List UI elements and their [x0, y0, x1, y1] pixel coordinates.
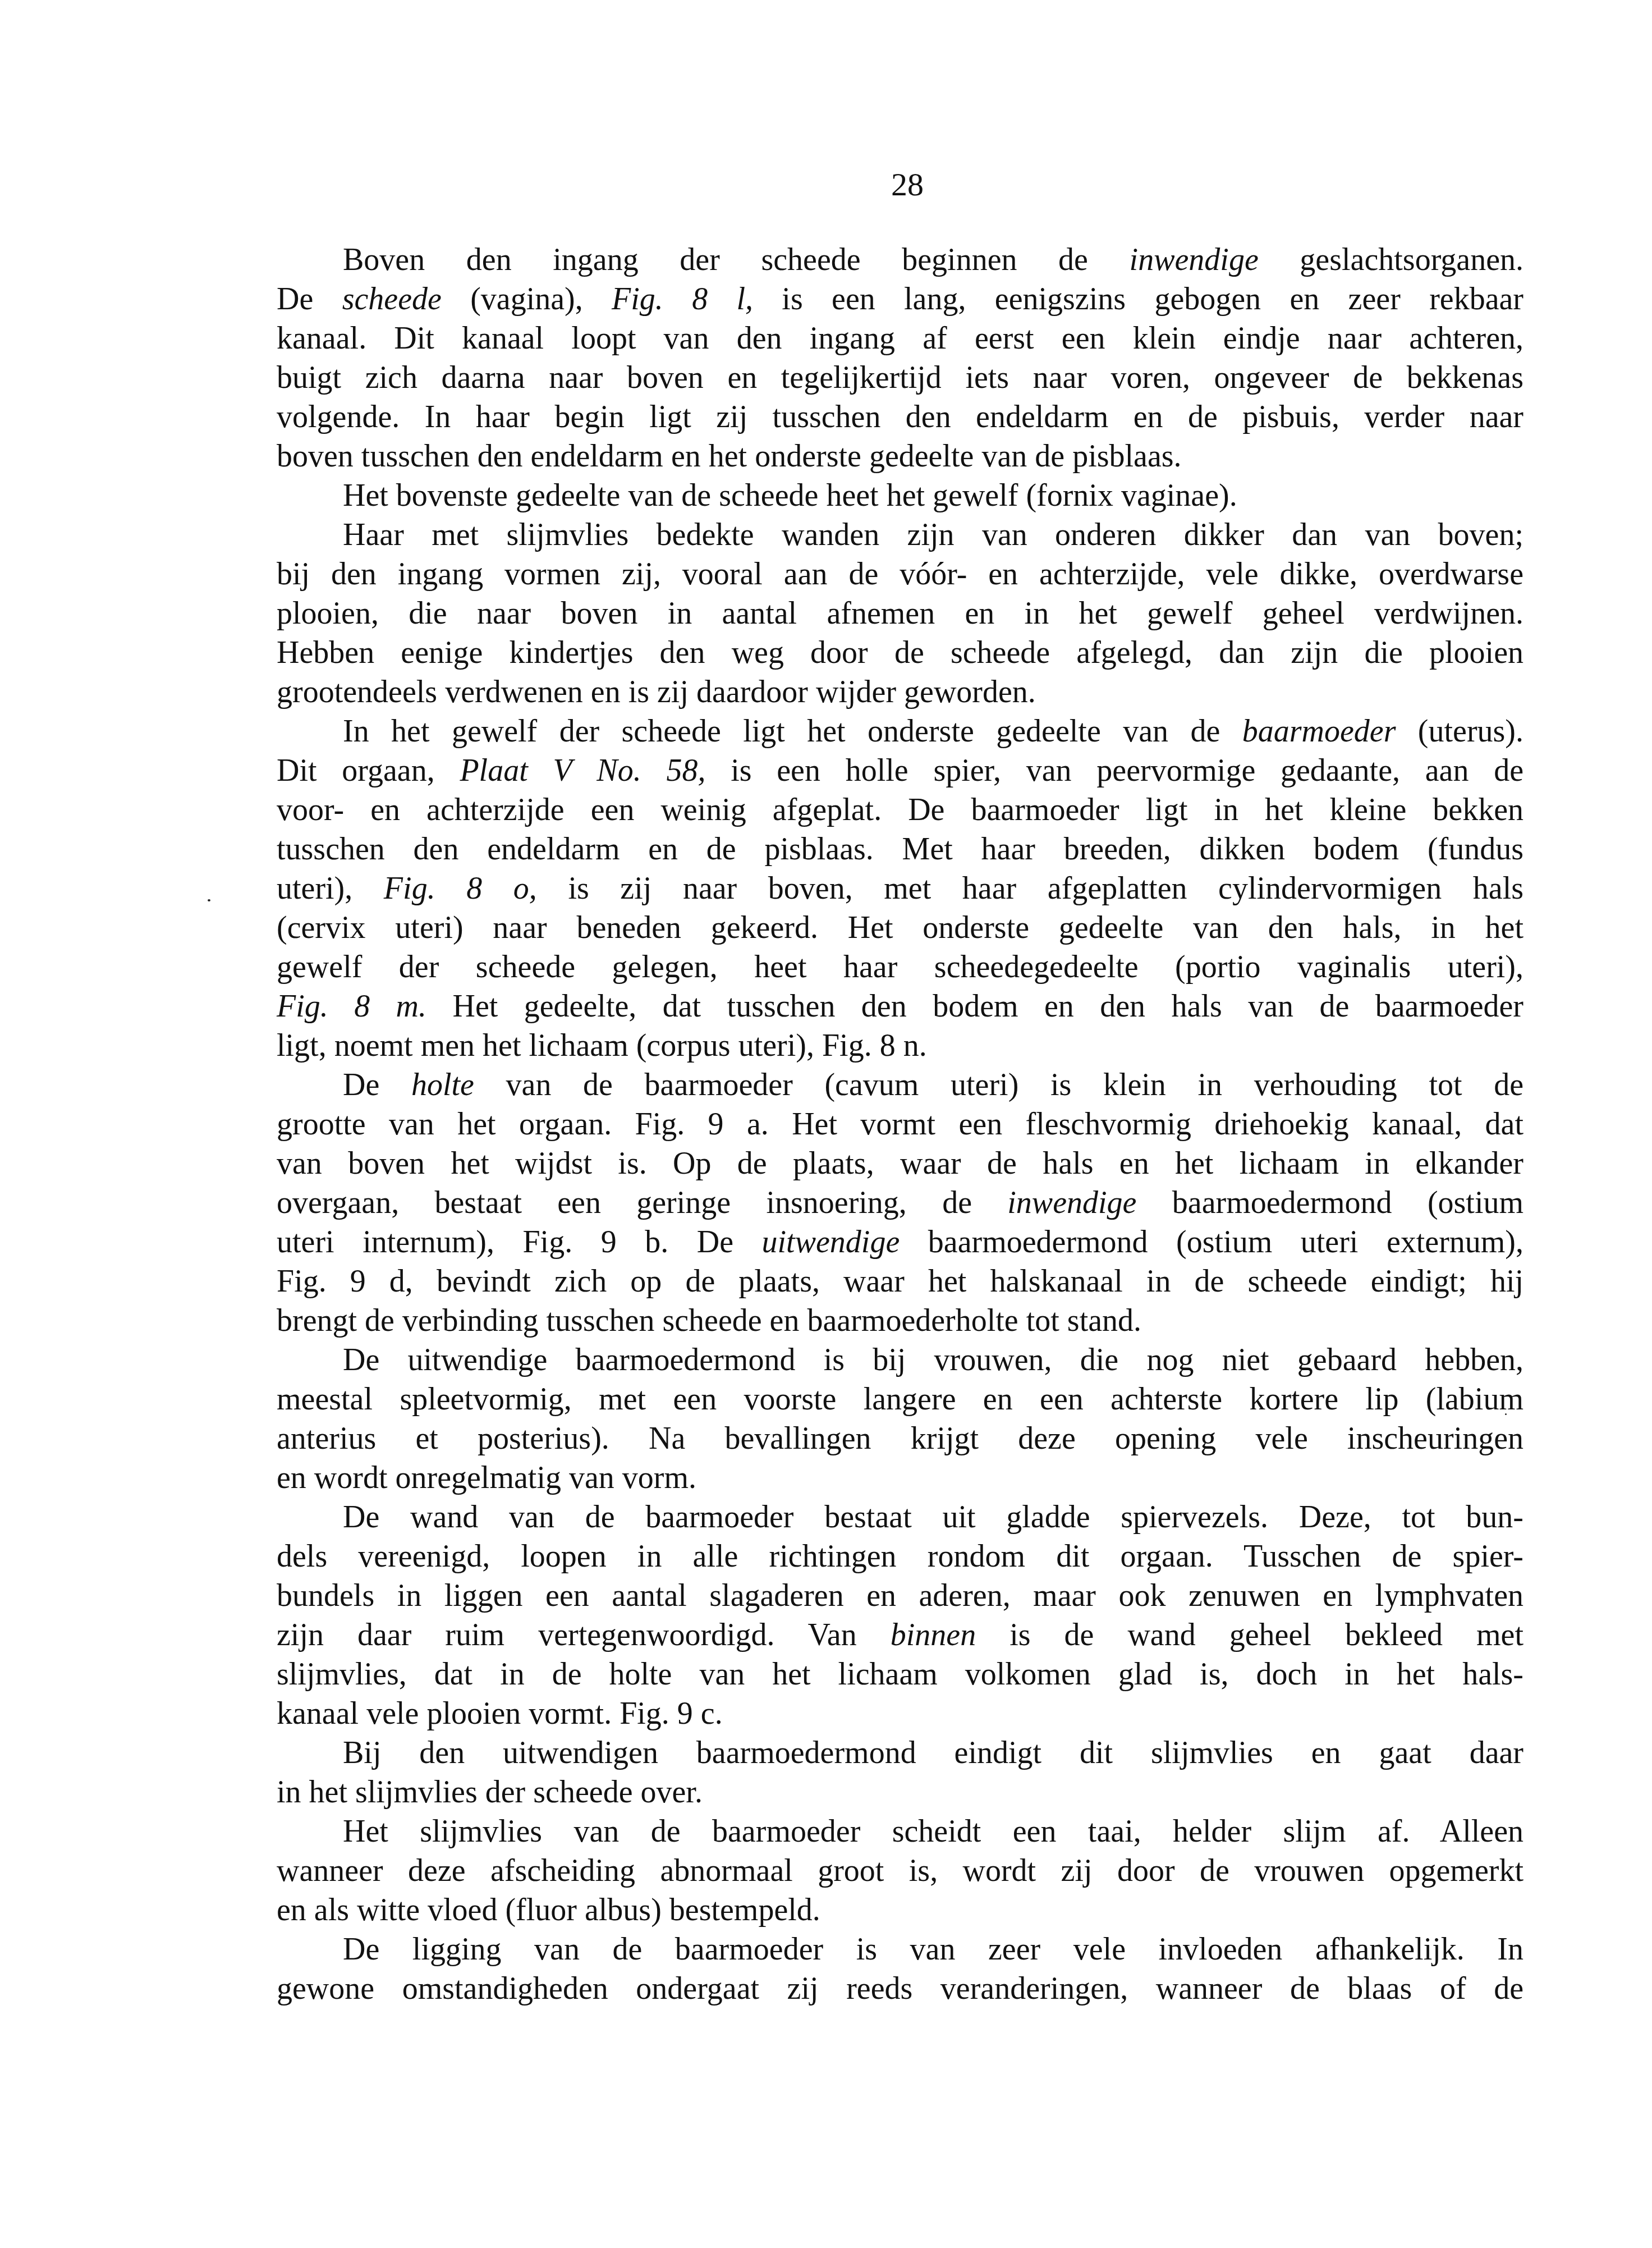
text-run: In het gewelf der scheede ligt het onder… — [343, 714, 1242, 749]
italic-term: Fig. 8 l, — [612, 282, 753, 317]
text-run: De wand van de baarmoeder bestaat uit gl… — [343, 1500, 1523, 1535]
text-line: van boven het wijdst is. Op de plaats, w… — [277, 1144, 1523, 1183]
text-run: (cervix uteri) naar beneden gekeerd. Het… — [277, 910, 1523, 945]
text-line: kanaal. Dit kanaal loopt van den ingang … — [277, 319, 1523, 358]
text-line: In het gewelf der scheede ligt het onder… — [277, 712, 1523, 751]
text-line: grootendeels verdwenen en is zij daardoo… — [277, 672, 1523, 712]
text-run: boven tusschen den endeldarm en het onde… — [277, 439, 1182, 474]
text-run: bundels in liggen een aantal slagaderen … — [277, 1578, 1523, 1613]
text-run: De — [343, 1068, 411, 1102]
text-run: tusschen den endeldarm en de pisblaas. M… — [277, 832, 1523, 867]
text-run: Hebben eenige kindertjes den weg door de… — [277, 635, 1523, 670]
text-line: meestal spleetvormig, met een voorste la… — [277, 1380, 1523, 1419]
paragraph: De holte van de baarmoeder (cavum uteri)… — [277, 1065, 1523, 1340]
text-line: (cervix uteri) naar beneden gekeerd. Het… — [277, 908, 1523, 947]
text-run: is zij naar boven, met haar afgeplatten … — [537, 871, 1523, 906]
text-line: bundels in liggen een aantal slagaderen … — [277, 1576, 1523, 1615]
text-line: slijmvlies, dat in de holte van het lich… — [277, 1655, 1523, 1694]
scan-speck — [208, 899, 210, 901]
paragraph: De uitwendige baarmoedermond is bij vrou… — [277, 1340, 1523, 1498]
text-line: bij den ingang vormen zij, vooral aan de… — [277, 555, 1523, 594]
text-run: uteri), — [277, 871, 384, 906]
text-run: Bij den uitwendigen baarmoedermond eindi… — [343, 1736, 1523, 1770]
text-line: Bij den uitwendigen baarmoedermond eindi… — [277, 1733, 1523, 1773]
text-run: anterius et posterius). Na bevallingen k… — [277, 1421, 1523, 1456]
paragraph: Bij den uitwendigen baarmoedermond eindi… — [277, 1733, 1523, 1812]
paragraph: De ligging van de baarmoeder is van zeer… — [277, 1930, 1523, 2008]
text-run: is een lang, eenigszins gebogen en zeer … — [753, 282, 1523, 317]
text-run: grootte van het orgaan. Fig. 9 a. Het vo… — [277, 1107, 1523, 1142]
text-run: geslachtsorganen. — [1259, 242, 1523, 277]
text-run: gewelf der scheede gelegen, heet haar sc… — [277, 950, 1523, 985]
text-line: Boven den ingang der scheede beginnen de… — [277, 240, 1523, 280]
text-line: gewone omstandigheden ondergaat zij reed… — [277, 1969, 1523, 2008]
text-line: plooien, die naar boven in aantal afneme… — [277, 594, 1523, 633]
paragraph: Het bovenste gedeelte van de scheede hee… — [277, 476, 1523, 515]
text-run: gewone omstandigheden ondergaat zij reed… — [277, 1971, 1523, 2006]
text-run: en als witte vloed (fluor albus) bestemp… — [277, 1893, 820, 1927]
text-run: baarmoedermond (ostium — [1136, 1185, 1523, 1220]
italic-term: inwendige — [1130, 242, 1259, 277]
text-run: kanaal vele plooien vormt. Fig. 9 c. — [277, 1696, 723, 1731]
text-line: Het bovenste gedeelte van de scheede hee… — [277, 476, 1523, 515]
paragraph: In het gewelf der scheede ligt het onder… — [277, 712, 1523, 1065]
text-line: boven tusschen den endeldarm en het onde… — [277, 437, 1523, 476]
text-run: Haar met slijmvlies bedekte wanden zijn … — [343, 518, 1523, 552]
text-line: uteri internum), Fig. 9 b. De uitwendige… — [277, 1223, 1523, 1262]
text-line: Dit orgaan, Plaat V No. 58, is een holle… — [277, 751, 1523, 790]
text-line: brengt de verbinding tusschen scheede en… — [277, 1301, 1523, 1340]
text-line: buigt zich daarna naar boven en tegelijk… — [277, 358, 1523, 397]
italic-term: binnen — [891, 1618, 976, 1652]
text-run: (uterus). — [1396, 714, 1523, 749]
text-line: overgaan, bestaat een geringe insnoering… — [277, 1183, 1523, 1223]
text-line: wanneer deze afscheiding abnormaal groot… — [277, 1851, 1523, 1890]
text-line: uteri), Fig. 8 o, is zij naar boven, met… — [277, 869, 1523, 908]
text-line: tusschen den endeldarm en de pisblaas. M… — [277, 830, 1523, 869]
page-number: 28 — [851, 165, 963, 204]
text-run: wanneer deze afscheiding abnormaal groot… — [277, 1853, 1523, 1888]
text-run: Het slijmvlies van de baarmoeder scheidt… — [343, 1814, 1523, 1849]
text-line: kanaal vele plooien vormt. Fig. 9 c. — [277, 1694, 1523, 1733]
paragraph: Boven den ingang der scheede beginnen de… — [277, 240, 1523, 476]
text-line: voor- en achterzijde een weinig afgeplat… — [277, 790, 1523, 830]
text-line: De scheede (vagina), Fig. 8 l, is een la… — [277, 280, 1523, 319]
text-run: Boven den ingang der scheede beginnen de — [343, 242, 1130, 277]
text-run: is een holle spier, van peervormige geda… — [705, 753, 1523, 788]
italic-term: Plaat V No. 58, — [460, 753, 705, 788]
text-run: uteri internum), Fig. 9 b. De — [277, 1225, 762, 1260]
italic-term: Fig. 8 m. — [277, 989, 426, 1024]
text-line: en wordt onregelmatig van vorm. — [277, 1458, 1523, 1498]
italic-term: scheede — [342, 282, 442, 317]
italic-term: holte — [411, 1068, 474, 1102]
text-line: anterius et posterius). Na bevallingen k… — [277, 1419, 1523, 1458]
text-line: Fig. 9 d, bevindt zich op de plaats, waa… — [277, 1262, 1523, 1301]
text-line: in het slijmvlies der scheede over. — [277, 1773, 1523, 1812]
text-run: baarmoedermond (ostium uteri externum), — [900, 1225, 1523, 1260]
text-run: De ligging van de baarmoeder is van zeer… — [343, 1932, 1523, 1967]
text-line: De wand van de baarmoeder bestaat uit gl… — [277, 1498, 1523, 1537]
text-line: ligt, noemt men het lichaam (corpus uter… — [277, 1026, 1523, 1065]
text-line: De ligging van de baarmoeder is van zeer… — [277, 1930, 1523, 1969]
text-line: Hebben eenige kindertjes den weg door de… — [277, 633, 1523, 672]
book-page: 28 Boven den ingang der scheede beginnen… — [0, 0, 1652, 2248]
text-run: plooien, die naar boven in aantal afneme… — [277, 596, 1523, 631]
text-run: kanaal. Dit kanaal loopt van den ingang … — [277, 321, 1523, 356]
text-run: Dit orgaan, — [277, 753, 460, 788]
text-line: grootte van het orgaan. Fig. 9 a. Het vo… — [277, 1105, 1523, 1144]
scan-speck — [1505, 1413, 1507, 1415]
text-run: van de baarmoeder (cavum uteri) is klein… — [474, 1068, 1523, 1102]
text-run: Fig. 9 d, bevindt zich op de plaats, waa… — [277, 1264, 1523, 1299]
text-line: De uitwendige baarmoedermond is bij vrou… — [277, 1340, 1523, 1380]
paragraph: Haar met slijmvlies bedekte wanden zijn … — [277, 515, 1523, 712]
text-line: Haar met slijmvlies bedekte wanden zijn … — [277, 515, 1523, 555]
text-run: van boven het wijdst is. Op de plaats, w… — [277, 1146, 1523, 1181]
italic-term: baarmoeder — [1242, 714, 1396, 749]
text-run: De — [277, 282, 342, 317]
text-line: gewelf der scheede gelegen, heet haar sc… — [277, 947, 1523, 987]
text-run: en wordt onregelmatig van vorm. — [277, 1460, 696, 1495]
text-run: brengt de verbinding tusschen scheede en… — [277, 1303, 1141, 1338]
text-run: grootendeels verdwenen en is zij daardoo… — [277, 675, 1036, 709]
text-run: Het gedeelte, dat tusschen den bodem en … — [426, 989, 1523, 1024]
text-run: zijn daar ruim vertegenwoordigd. Van — [277, 1618, 891, 1652]
text-line: Het slijmvlies van de baarmoeder scheidt… — [277, 1812, 1523, 1851]
italic-term: inwendige — [1007, 1185, 1136, 1220]
text-line: zijn daar ruim vertegenwoordigd. Van bin… — [277, 1615, 1523, 1655]
text-run: volgende. In haar begin ligt zij tussche… — [277, 400, 1523, 434]
text-run: overgaan, bestaat een geringe insnoering… — [277, 1185, 1007, 1220]
text-run: is de wand geheel bekleed met — [976, 1618, 1523, 1652]
text-line: De holte van de baarmoeder (cavum uteri)… — [277, 1065, 1523, 1105]
paragraph: Het slijmvlies van de baarmoeder scheidt… — [277, 1812, 1523, 1930]
text-line: dels vereenigd, loopen in alle richtinge… — [277, 1537, 1523, 1576]
text-run: bij den ingang vormen zij, vooral aan de… — [277, 557, 1523, 592]
body-text: Boven den ingang der scheede beginnen de… — [277, 240, 1523, 2008]
text-run: voor- en achterzijde een weinig afgeplat… — [277, 793, 1523, 827]
text-run: in het slijmvlies der scheede over. — [277, 1775, 703, 1810]
text-line: volgende. In haar begin ligt zij tussche… — [277, 397, 1523, 437]
text-run: meestal spleetvormig, met een voorste la… — [277, 1382, 1523, 1417]
text-line: Fig. 8 m. Het gedeelte, dat tusschen den… — [277, 987, 1523, 1026]
text-run: buigt zich daarna naar boven en tegelijk… — [277, 360, 1523, 395]
text-line: en als witte vloed (fluor albus) bestemp… — [277, 1890, 1523, 1930]
text-run: ligt, noemt men het lichaam (corpus uter… — [277, 1028, 927, 1063]
text-run: Het bovenste gedeelte van de scheede hee… — [343, 478, 1237, 513]
text-run: De uitwendige baarmoedermond is bij vrou… — [343, 1343, 1523, 1377]
italic-term: Fig. 8 o, — [384, 871, 537, 906]
italic-term: uitwendige — [762, 1225, 900, 1260]
paragraph: De wand van de baarmoeder bestaat uit gl… — [277, 1498, 1523, 1733]
text-run: (vagina), — [442, 282, 612, 317]
text-run: slijmvlies, dat in de holte van het lich… — [277, 1657, 1523, 1692]
text-run: dels vereenigd, loopen in alle richtinge… — [277, 1539, 1523, 1574]
